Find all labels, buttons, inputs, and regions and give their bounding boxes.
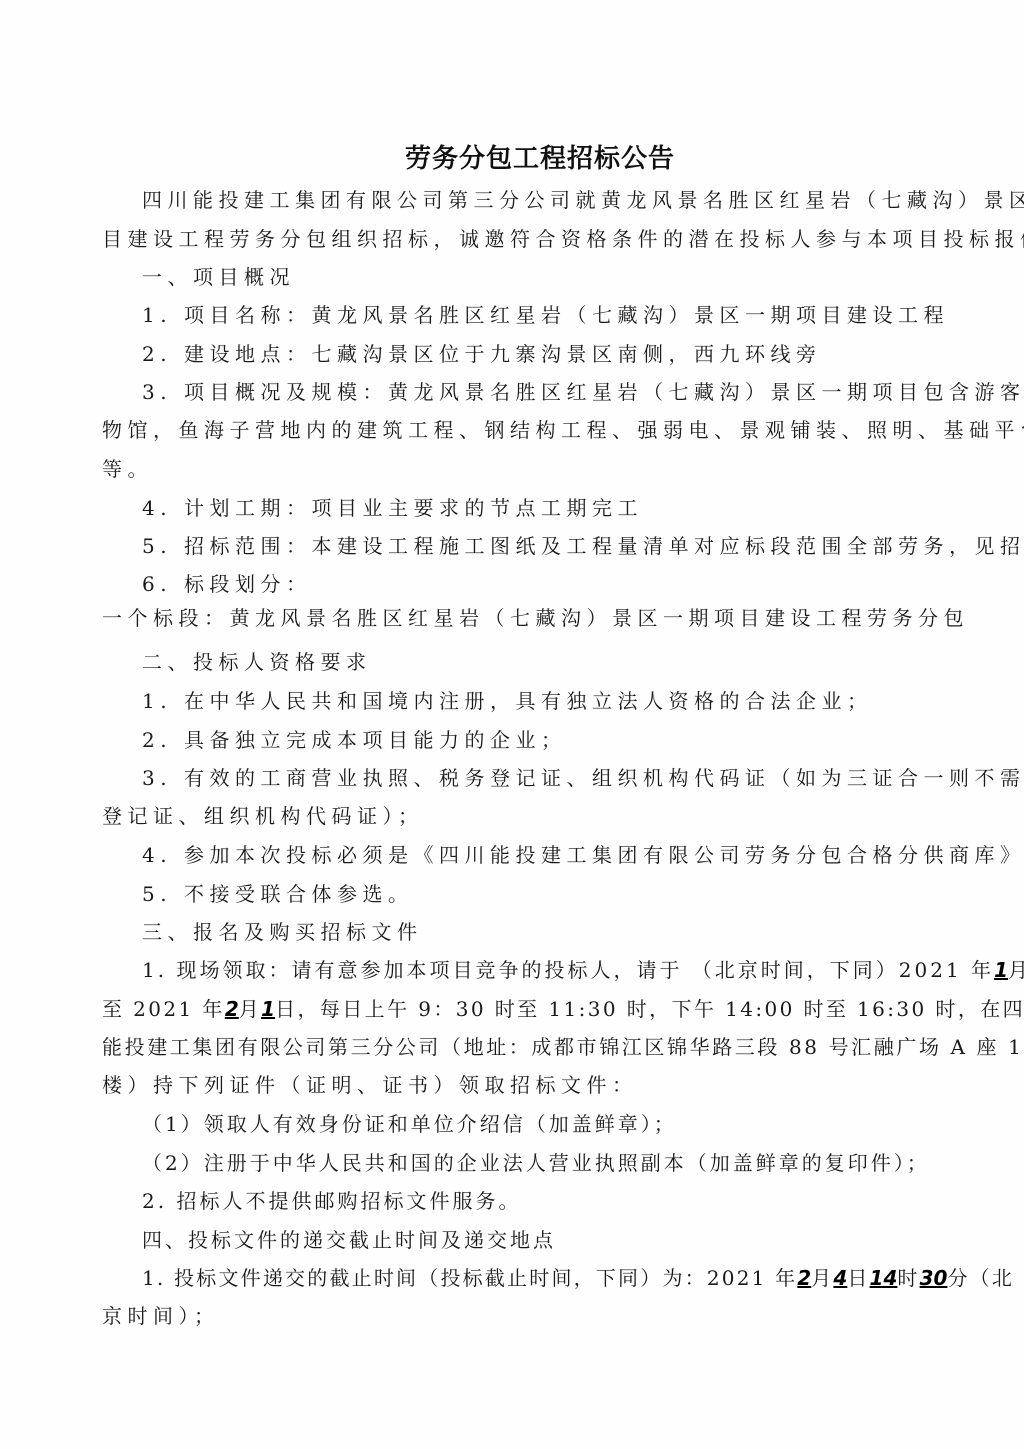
section-heading-qualifications: 二、投标人资格要求 — [142, 650, 372, 674]
handwritten-start-month: 1 — [994, 958, 1008, 982]
submission-deadline-prefix: 1. 投标文件递交的截止时间（投标截止时间，下同）为：2021 年 — [142, 1266, 797, 1290]
document-page: 劳务分包工程招标公告 四川能投建工集团有限公司第三分公司就黄龙风景名胜区红星岩（… — [0, 0, 1024, 1449]
submission-deadline-suffix: 分（北 — [947, 1266, 1014, 1290]
handwritten-end-month: 2 — [225, 997, 239, 1021]
qualification-3-line-1: 3. 有效的工商营业执照、税务登记证、组织机构代码证（如为三证合一则不需提供税务 — [142, 766, 1024, 790]
handwritten-deadline-month: 2 — [797, 1266, 811, 1290]
qualification-5: 5. 不接受联合体参选。 — [142, 882, 413, 906]
project-scope-line-2: 物馆，鱼海子营地内的建筑工程、钢结构工程、强弱电、景观铺装、照明、基础平台、停车… — [102, 418, 1024, 442]
registration-line-1-text: 1. 现场领取：请有意参加本项目竞争的投标人，请于 （北京时间，下同）2021 … — [142, 958, 994, 982]
handwritten-deadline-day: 4 — [833, 1266, 847, 1290]
document-title: 劳务分包工程招标公告 — [0, 138, 1024, 175]
registration-line-2-prefix: 至 2021 年 — [102, 997, 225, 1021]
handwritten-deadline-minute: 30 — [920, 1266, 948, 1290]
registration-line-2: 至 2021 年2月1日，每日上午 9：30 时至 11:30 时，下午 14:… — [102, 997, 1024, 1021]
submission-deadline-line-1: 1. 投标文件递交的截止时间（投标截止时间，下同）为：2021 年2月4日14时… — [142, 1266, 1014, 1290]
month-label: 月 — [239, 997, 261, 1021]
hour-label: 时 — [897, 1266, 919, 1290]
tender-scope: 5. 招标范围：本建设工程施工图纸及工程量清单对应标段范围全部劳务，见招标文件 — [142, 534, 1024, 558]
project-location: 2. 建设地点：七藏沟景区位于九寨沟景区南侧，西九环线旁 — [142, 342, 821, 366]
intro-line-2: 目建设工程劳务分包组织招标，诚邀符合资格条件的潜在投标人参与本项目投标报价。 — [102, 227, 1024, 251]
month-label: 月 — [811, 1266, 833, 1290]
section-heading-overview: 一、项目概况 — [142, 265, 295, 289]
submission-deadline-line-2: 京时间）； — [102, 1304, 220, 1328]
section-heading-submission: 四、投标文件的递交截止时间及递交地点 — [142, 1228, 556, 1252]
required-doc-1: （1）领取人有效身份证和单位介绍信（加盖鲜章）； — [142, 1112, 677, 1136]
project-schedule: 4. 计划工期：项目业主要求的节点工期完工 — [142, 496, 643, 520]
required-doc-2: （2）注册于中华人民共和国的企业法人营业执照副本（加盖鲜章的复印件）； — [142, 1151, 930, 1175]
project-scope-line-1: 3. 项目概况及规模：黄龙风景名胜区红星岩（七藏沟）景区一期项目包含游客中心及博 — [142, 380, 1024, 404]
handwritten-deadline-hour: 14 — [870, 1266, 898, 1290]
qualification-1: 1. 在中华人民共和国境内注册，具有独立法人资格的合法企业； — [142, 689, 872, 713]
section-heading-registration: 三、报名及购买招标文件 — [142, 920, 423, 944]
qualification-4: 4. 参加本次投标必须是《四川能投建工集团有限公司劳务分包合格分供商库》中的企业… — [142, 843, 1024, 867]
qualification-3-line-2: 登记证、组织机构代码证）； — [102, 804, 424, 828]
lot-division-detail: 一个标段：黄龙风景名胜区红星岩（七藏沟）景区一期项目建设工程劳务分包 — [102, 606, 969, 630]
project-scope-line-3: 等。 — [102, 457, 153, 481]
day-label: 日 — [847, 1266, 869, 1290]
month-label: 月 — [1008, 958, 1024, 982]
no-mail-order: 2. 招标人不提供邮购招标文件服务。 — [142, 1189, 521, 1213]
registration-line-1: 1. 现场领取：请有意参加本项目竞争的投标人，请于 （北京时间，下同）2021 … — [142, 958, 1024, 982]
lot-division: 6. 标段划分： — [142, 572, 311, 596]
registration-line-4: 楼）持下列证件（证明、证书）领取招标文件： — [102, 1073, 638, 1097]
registration-address: 能投建工集团有限公司第三分公司（地址：成都市锦江区锦华路三段 88 号汇融广场 … — [102, 1035, 1024, 1059]
intro-line-1: 四川能投建工集团有限公司第三分公司就黄龙风景名胜区红星岩（七藏沟）景区一期项 — [142, 188, 1024, 212]
registration-line-2-suffix: 日，每日上午 9：30 时至 11:30 时，下午 14:00 时至 16:30… — [275, 997, 1024, 1021]
qualification-2: 2. 具备独立完成本项目能力的企业； — [142, 728, 566, 752]
project-name: 1. 项目名称：黄龙风景名胜区红星岩（七藏沟）景区一期项目建设工程 — [142, 303, 949, 327]
handwritten-end-day: 1 — [261, 997, 275, 1021]
